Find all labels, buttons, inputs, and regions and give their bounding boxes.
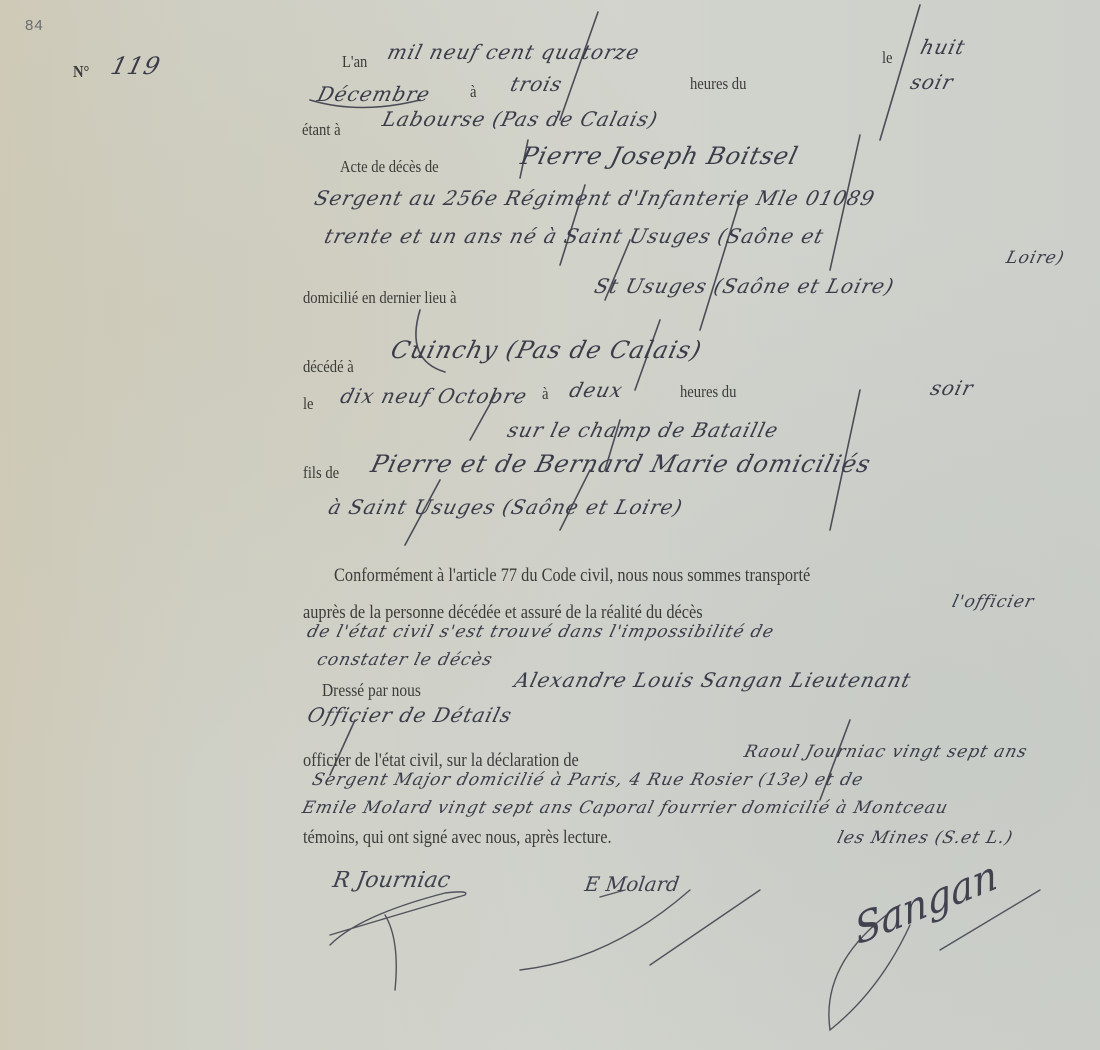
parents-line2: à Saint Usuges (Saône et Loire)	[326, 495, 686, 519]
death-period-value: soir	[928, 376, 976, 400]
death-date-label: le	[303, 394, 314, 414]
verification-hand-line2: de l'état civil s'est trouvé dans l'impo…	[305, 622, 776, 642]
pencil-page-number: 84	[25, 17, 44, 34]
month-value: Décembre	[315, 82, 433, 106]
verification-hand-line3: constater le décès	[315, 650, 495, 670]
domicile-value: St Usuges (Saône et Loire)	[592, 274, 897, 298]
deceased-rank-line: Sergent au 256e Régiment d'Infanterie Ml…	[312, 186, 878, 210]
deceased-age-birthplace: trente et un ans né à Saint Usuges (Saôn…	[322, 224, 827, 248]
signature-molard: E Molard	[583, 872, 681, 896]
verification-printed-line1: Conformément à l'article 77 du Code civi…	[334, 565, 810, 587]
death-circumstance: sur le champ de Bataille	[505, 418, 781, 442]
declaration-printed-line: officier de l'état civil, sur la déclara…	[303, 750, 579, 772]
act-label: Acte de décès de	[340, 157, 439, 177]
signature-journiac: R Journiac	[331, 868, 452, 893]
hours-label: heures du	[690, 74, 746, 94]
death-place-value: Cuinchy (Pas de Calais)	[388, 336, 705, 364]
record-number: 119	[108, 52, 164, 80]
death-record-page: 84 N° 119 L'an mil neuf cent quatorze le…	[0, 0, 1100, 1050]
death-hours-label: heures du	[680, 382, 736, 402]
deceased-name: Pierre Joseph Boitsel	[518, 142, 801, 170]
day-value: huit	[918, 35, 968, 59]
place-value: Labourse (Pas de Calais)	[380, 107, 661, 131]
record-number-label: N°	[73, 62, 89, 82]
at-label: à	[470, 82, 476, 102]
signature-sangan: Sangan	[851, 851, 1000, 954]
verification-printed-line2: auprès de la personne décédée et assuré …	[303, 602, 703, 624]
parents-line1: Pierre et de Bernard Marie domiciliés	[368, 450, 874, 478]
death-at-label: à	[542, 384, 548, 404]
verification-hand-line1: l'officier	[950, 592, 1037, 612]
declarant2-cont: les Mines (S.et L.)	[835, 828, 1015, 848]
deceased-birthplace-cont: Loire)	[1004, 248, 1067, 268]
parents-label: fils de	[303, 463, 339, 483]
drafting-officer: Alexandre Louis Sangan Lieutenant	[512, 668, 914, 692]
death-hour-value: deux	[567, 378, 626, 402]
place-label: étant à	[302, 120, 341, 140]
day-label: le	[882, 48, 893, 68]
declarant1-cont: Sergent Major domicilié à Paris, 4 Rue R…	[310, 770, 866, 790]
year-value: mil neuf cent quatorze	[385, 40, 642, 64]
year-label: L'an	[342, 52, 367, 72]
death-date-value: dix neuf Octobre	[338, 384, 530, 408]
hour-value: trois	[508, 72, 565, 96]
domicile-label: domicilié en dernier lieu à	[303, 288, 456, 308]
witness-line: témoins, qui ont signé avec nous, après …	[303, 827, 612, 849]
declarant2: Emile Molard vingt sept ans Caporal four…	[300, 798, 950, 818]
drafted-by-label: Dressé par nous	[322, 680, 421, 701]
drafting-officer-role: Officier de Détails	[305, 703, 515, 727]
period-value: soir	[908, 70, 956, 94]
declarant1: Raoul Journiac vingt sept ans	[742, 742, 1030, 762]
death-place-label: décédé à	[303, 357, 354, 377]
